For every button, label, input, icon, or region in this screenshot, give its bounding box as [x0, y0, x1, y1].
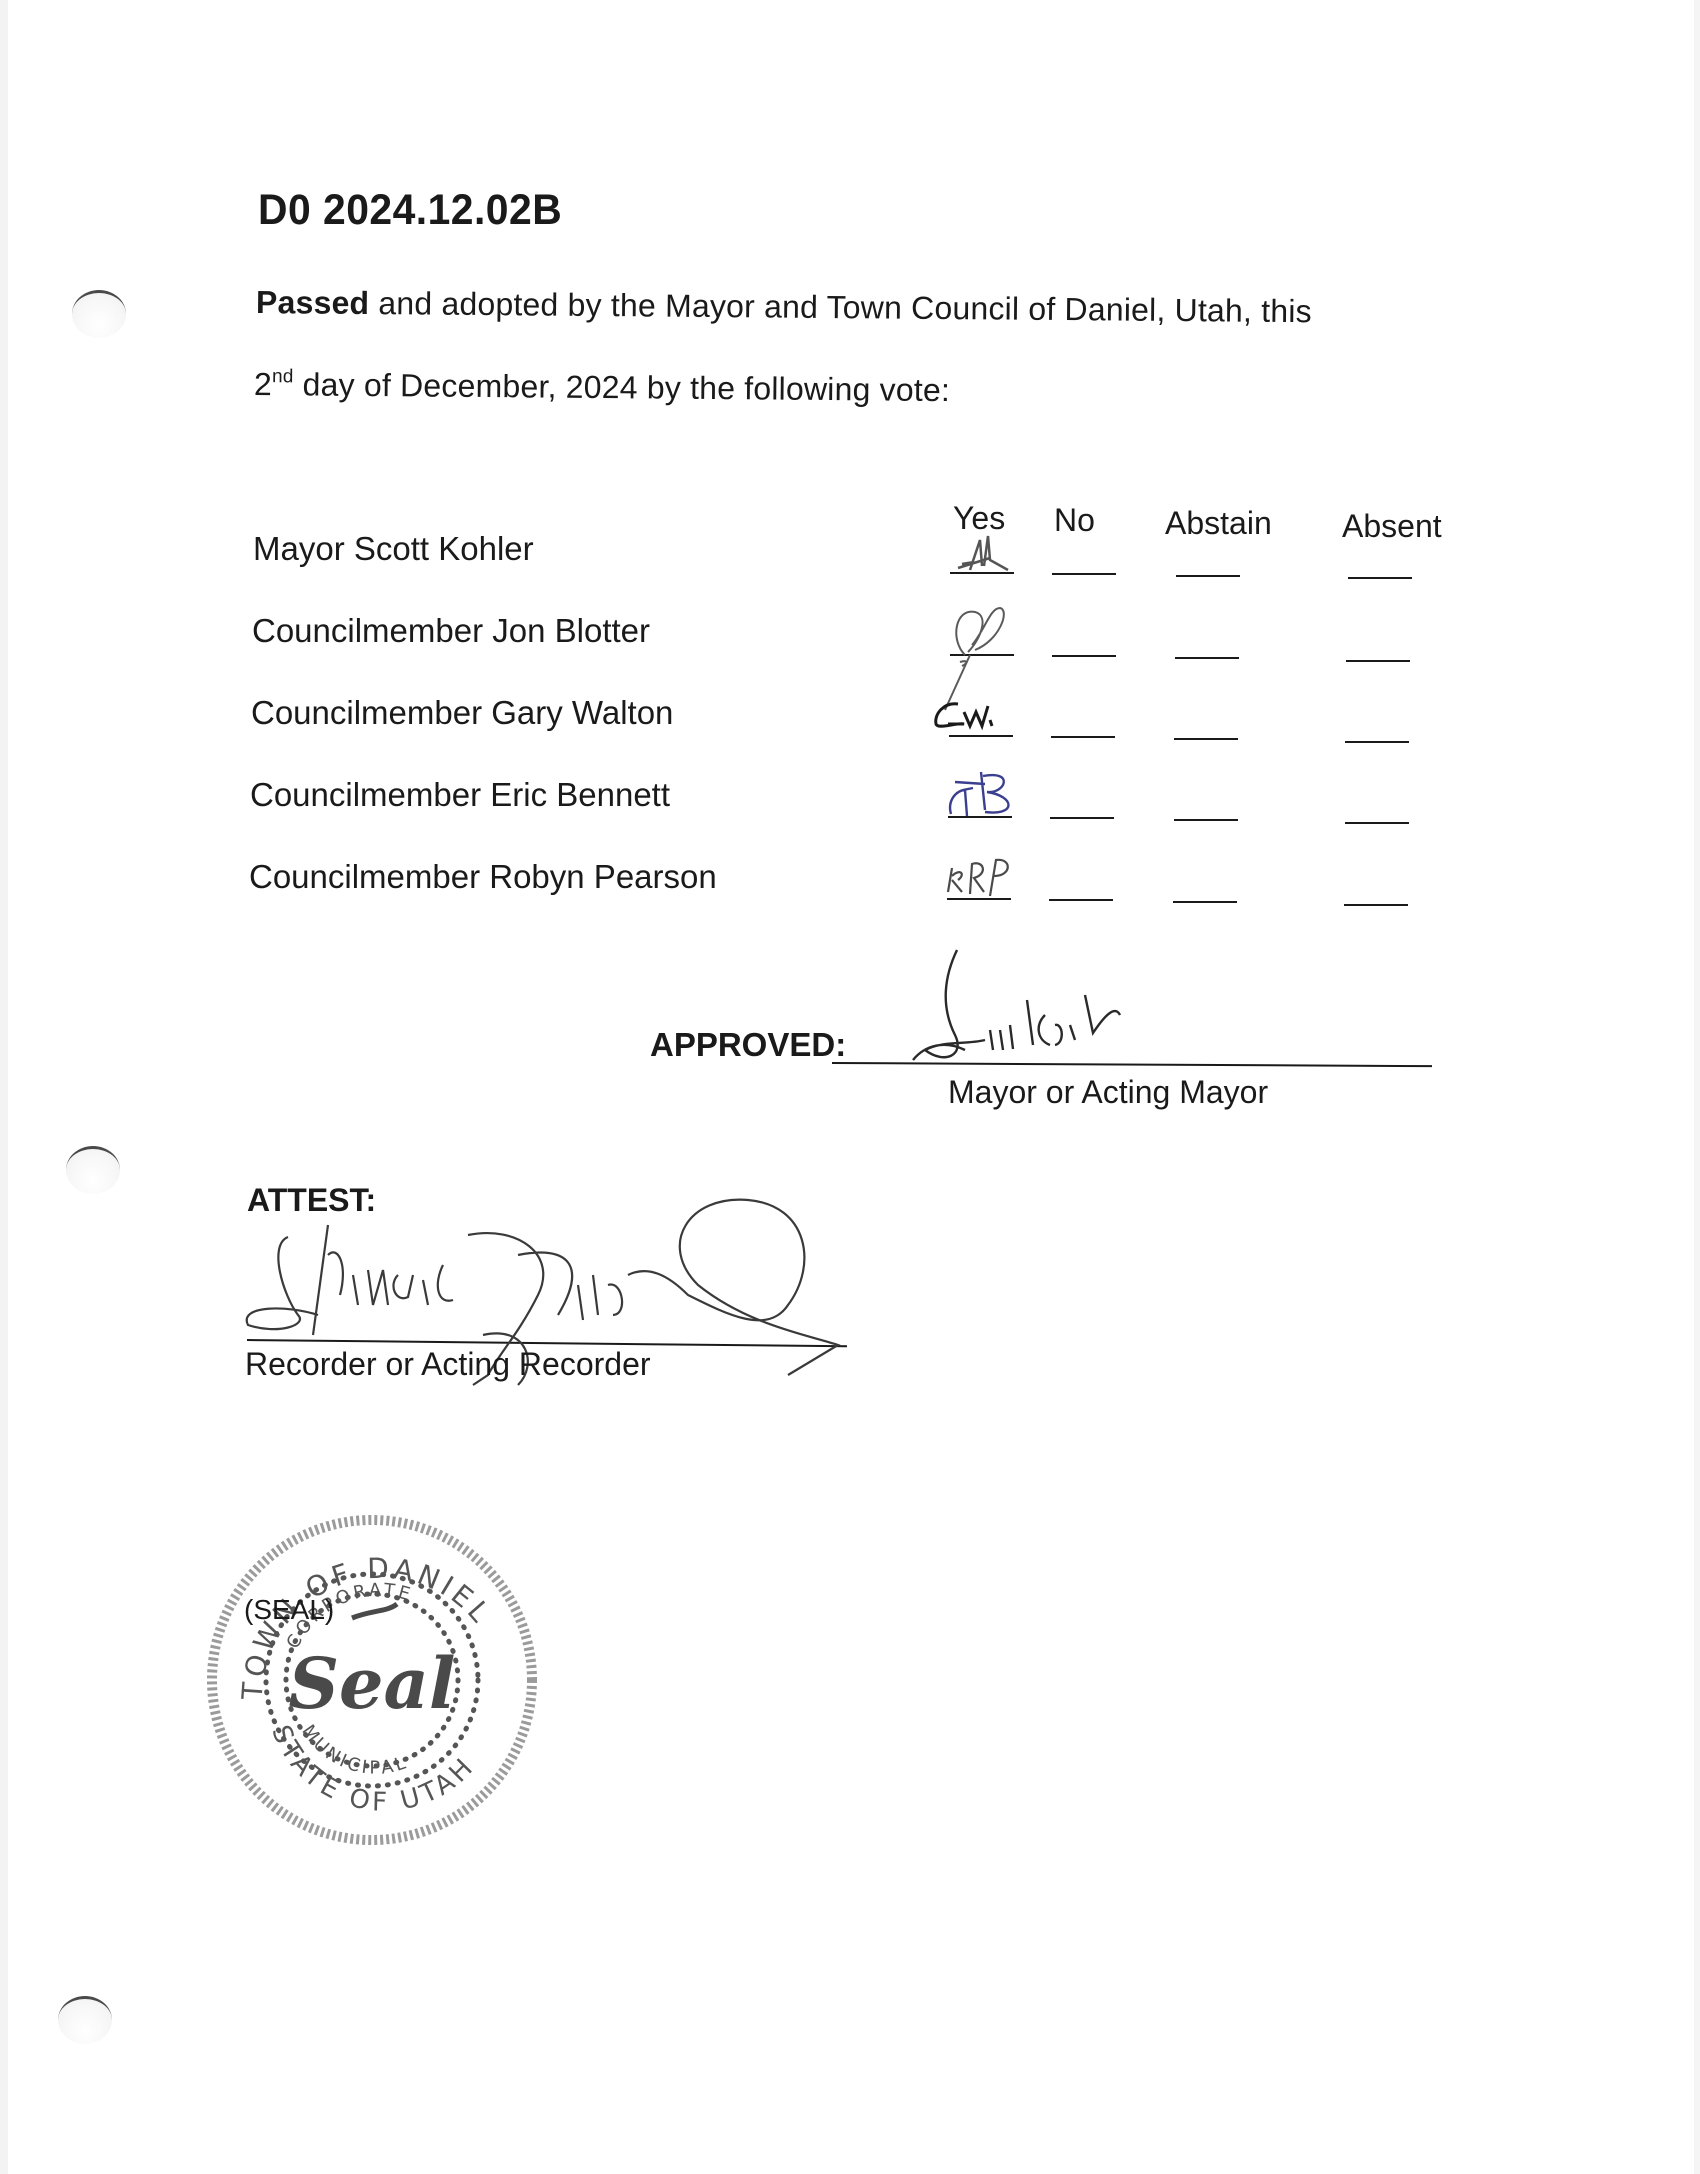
no-line — [1052, 655, 1116, 657]
abstain-line — [1175, 657, 1239, 659]
column-header-yes: Yes — [953, 500, 1005, 537]
vote-mark-signature-icon — [930, 600, 1030, 715]
vote-mark-signature-icon — [945, 770, 1025, 820]
absent-line — [1345, 822, 1409, 824]
vote-row-name: Mayor Scott Kohler — [253, 530, 534, 568]
punch-hole-icon — [58, 1996, 112, 2044]
scan-edge-left — [0, 0, 8, 2174]
absent-line — [1348, 577, 1412, 579]
approved-caption: Mayor or Acting Mayor — [948, 1074, 1268, 1111]
no-line — [1052, 573, 1116, 575]
seal-center-text: Seal — [288, 1642, 455, 1725]
attest-caption: Recorder or Acting Recorder — [245, 1346, 651, 1383]
yes-line — [949, 735, 1013, 737]
document-page: D0 2024.12.02B Passed and adopted by the… — [0, 0, 1700, 2174]
approved-label: APPROVED: — [650, 1026, 846, 1064]
attest-label: ATTEST: — [247, 1182, 376, 1219]
abstain-line — [1174, 819, 1238, 821]
seal-label: (SEAL) — [244, 1594, 334, 1626]
column-header-abstain: Abstain — [1165, 505, 1272, 542]
absent-line — [1344, 904, 1408, 906]
no-line — [1050, 817, 1114, 819]
scan-edge-right — [1694, 0, 1700, 2174]
vote-row-name: Councilmember Jon Blotter — [252, 612, 650, 650]
mayor-signature-icon — [905, 945, 1205, 1075]
vote-row-name: Councilmember Eric Bennett — [250, 776, 670, 814]
day-suffix: nd — [272, 366, 294, 387]
no-line — [1051, 736, 1115, 738]
column-header-no: No — [1054, 502, 1095, 539]
vote-mark-signature-icon — [940, 850, 1020, 900]
vote-mark-signature-icon — [928, 690, 1018, 735]
abstain-line — [1176, 575, 1240, 577]
absent-line — [1345, 741, 1409, 743]
passed-label: Passed — [256, 284, 370, 321]
no-line — [1049, 899, 1113, 901]
abstain-line — [1173, 901, 1237, 903]
yes-line — [950, 654, 1014, 656]
absent-line — [1346, 660, 1410, 662]
punch-hole-icon — [66, 1146, 120, 1194]
punch-hole-icon — [72, 290, 126, 338]
document-number: D0 2024.12.02B — [258, 186, 562, 235]
vote-row-name: Councilmember Gary Walton — [251, 694, 673, 732]
approved-signature-line — [832, 1062, 1432, 1067]
day-number: 2 — [254, 366, 272, 402]
vote-intro-text: day of December, 2024 by the following v… — [293, 366, 950, 408]
adoption-paragraph-line-1: Passed and adopted by the Mayor and Town… — [256, 284, 1312, 330]
adoption-text: and adopted by the Mayor and Town Counci… — [369, 285, 1312, 329]
column-header-absent: Absent — [1342, 508, 1442, 545]
adoption-paragraph-line-2: 2nd day of December, 2024 by the followi… — [254, 366, 950, 409]
town-seal-icon: TOWN OF DANIEL STATE OF UTAH CORPORATE M… — [202, 1500, 552, 1850]
yes-line — [947, 898, 1011, 900]
yes-line — [948, 816, 1012, 818]
abstain-line — [1174, 738, 1238, 740]
yes-line — [950, 572, 1014, 574]
vote-row-name: Councilmember Robyn Pearson — [249, 858, 717, 896]
